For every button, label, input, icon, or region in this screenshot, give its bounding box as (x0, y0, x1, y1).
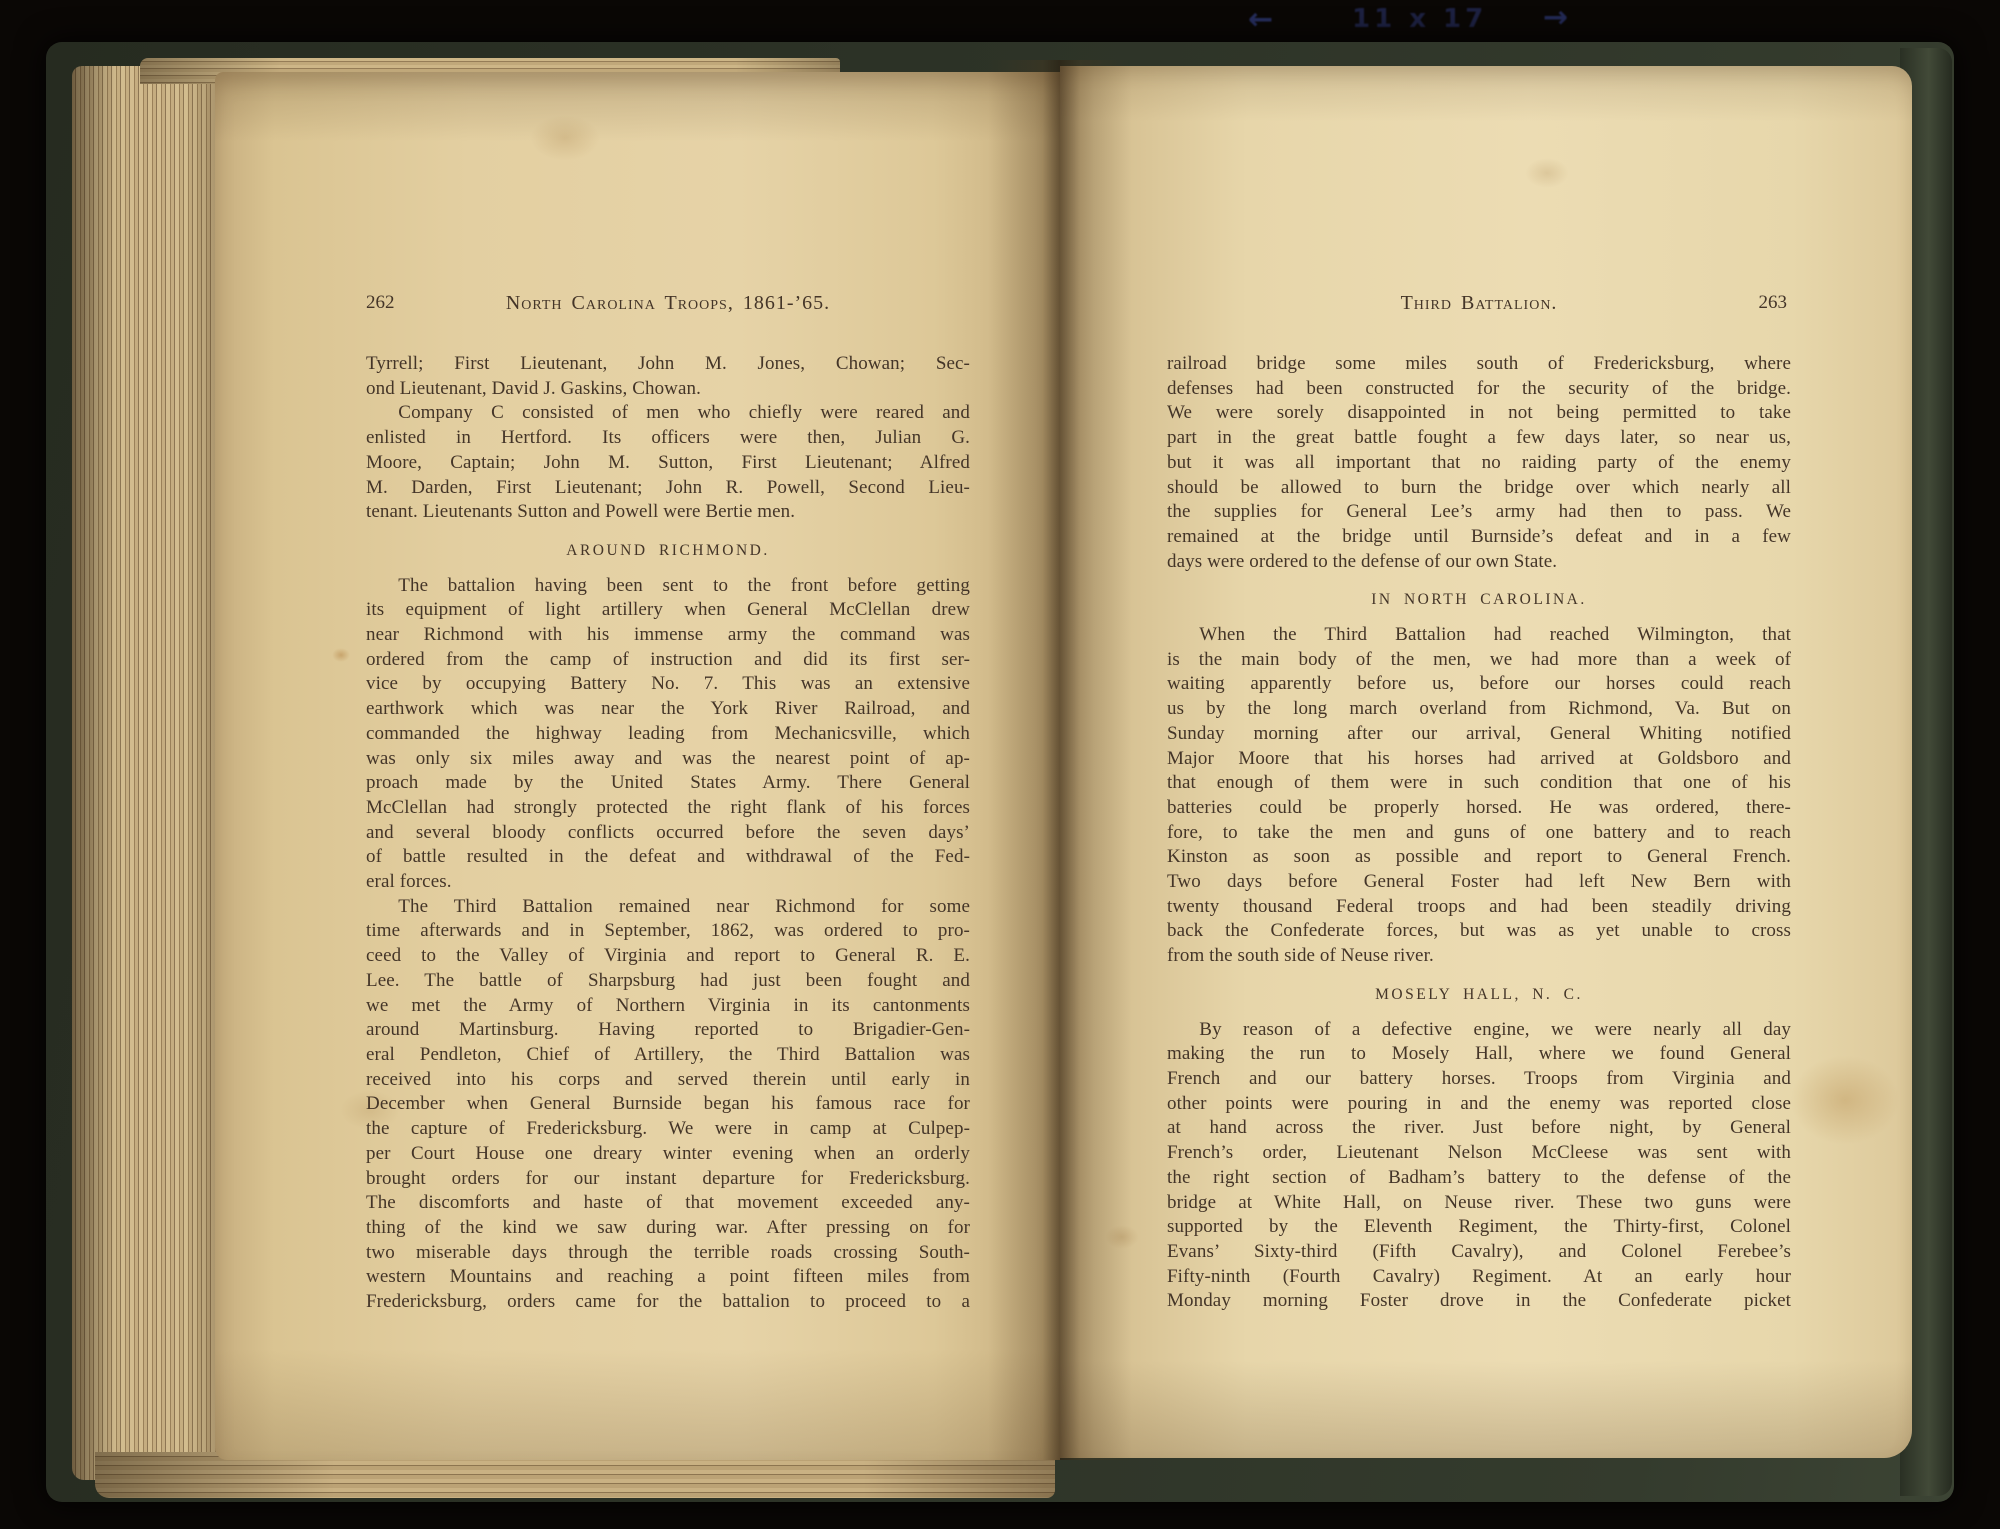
text-line: Two days before General Foster had left … (1167, 870, 1791, 895)
right-arrow-icon: → (1543, 0, 1568, 35)
section-heading: AROUND RICHMOND. (366, 539, 970, 564)
text-line: Fredericksburg, orders came for the batt… (366, 1290, 970, 1315)
text-line: Moore, Captain; John M. Sutton, First Li… (366, 451, 970, 476)
text-line: French’s order, Lieutenant Nelson McClee… (1167, 1141, 1791, 1166)
text-line: time afterwards and in September, 1862, … (366, 919, 970, 944)
text-line: waiting apparently before us, before our… (1167, 672, 1791, 697)
section-heading: IN NORTH CAROLINA. (1167, 588, 1791, 613)
section-heading: MOSELY HALL, N. C. (1167, 983, 1791, 1008)
text-line: part in the great battle fought a few da… (1167, 426, 1791, 451)
text-line: eral forces. (366, 870, 970, 895)
right-page-body: railroad bridge some miles south of Fred… (1167, 352, 1791, 1314)
text-line: vice by occupying Battery No. 7. This wa… (366, 672, 970, 697)
text-line: remained at the bridge until Burnside’s … (1167, 525, 1791, 550)
text-line: its equipment of light artillery when Ge… (366, 598, 970, 623)
text-line: at hand across the river. Just before ni… (1167, 1116, 1791, 1141)
text-line: Fifty-ninth (Fourth Cavalry) Regiment. A… (1167, 1265, 1791, 1290)
text-line: making the run to Mosely Hall, where we … (1167, 1042, 1791, 1067)
text-line: was only six miles away and was the near… (366, 747, 970, 772)
text-line: French and our battery horses. Troops fr… (1167, 1067, 1791, 1092)
text-line: proach made by the United States Army. T… (366, 771, 970, 796)
text-line: that enough of them were in such conditi… (1167, 771, 1791, 796)
running-title: Third Battalion. (1167, 292, 1791, 315)
text-line: ond Lieutenant, David J. Gaskins, Chowan… (366, 377, 970, 402)
text-line: Sunday morning after our arrival, Genera… (1167, 722, 1791, 747)
text-line: near Richmond with his immense army the … (366, 623, 970, 648)
book-gutter (988, 60, 1132, 1460)
text-line: Lee. The battle of Sharpsburg had just b… (366, 969, 970, 994)
scan-size-label: 11 x 17 (1352, 4, 1487, 34)
text-line: brought orders for our instant departure… (366, 1167, 970, 1192)
text-line: tenant. Lieutenants Sutton and Powell we… (366, 500, 970, 525)
running-title: North Carolina Troops, 1861-’65. (366, 292, 970, 315)
text-line: should be allowed to burn the bridge ove… (1167, 476, 1791, 501)
text-line: of battle resulted in the defeat and wit… (366, 845, 970, 870)
text-line: McClellan had strongly protected the rig… (366, 796, 970, 821)
left-arrow-icon: ← (1248, 2, 1273, 37)
text-line: The battalion having been sent to the fr… (366, 574, 970, 599)
text-line: The discomforts and haste of that moveme… (366, 1191, 970, 1216)
text-line: The Third Battalion remained near Richmo… (366, 895, 970, 920)
text-line: Kinston as soon as possible and report t… (1167, 845, 1791, 870)
left-page-header: 262 North Carolina Troops, 1861-’65. (366, 292, 970, 326)
text-line: enlisted in Hertford. Its officers were … (366, 426, 970, 451)
text-line: the supplies for General Lee’s army had … (1167, 500, 1791, 525)
text-line: Evans’ Sixty-third (Fifth Cavalry), and … (1167, 1240, 1791, 1265)
text-line: Tyrrell; First Lieutenant, John M. Jones… (366, 352, 970, 377)
text-line: supported by the Eleventh Regiment, the … (1167, 1215, 1791, 1240)
text-line: twenty thousand Federal troops and had b… (1167, 895, 1791, 920)
text-line: two miserable days through the terrible … (366, 1241, 970, 1266)
text-line: By reason of a defective engine, we were… (1167, 1018, 1791, 1043)
text-line: M. Darden, First Lieutenant; John R. Pow… (366, 476, 970, 501)
text-line: railroad bridge some miles south of Fred… (1167, 352, 1791, 377)
text-line: back the Confederate forces, but was as … (1167, 919, 1791, 944)
text-line: earthwork which was near the York River … (366, 697, 970, 722)
text-line: other points were pouring in and the ene… (1167, 1092, 1791, 1117)
page-edge-stack-left (72, 66, 224, 1480)
text-line: fore, to take the men and guns of one ba… (1167, 821, 1791, 846)
text-line: western Mountains and reaching a point f… (366, 1265, 970, 1290)
page-number: 263 (1759, 292, 1788, 314)
text-line: When the Third Battalion had reached Wil… (1167, 623, 1791, 648)
text-line: We were sorely disappointed in not being… (1167, 401, 1791, 426)
text-line: the right section of Badham’s battery to… (1167, 1166, 1791, 1191)
text-line: ordered from the camp of instruction and… (366, 648, 970, 673)
text-line: eral Pendleton, Chief of Artillery, the … (366, 1043, 970, 1068)
text-line: bridge at White Hall, on Neuse river. Th… (1167, 1191, 1791, 1216)
text-line: is the main body of the men, we had more… (1167, 648, 1791, 673)
text-line: Monday morning Foster drove in the Confe… (1167, 1289, 1791, 1314)
text-line: batteries could be properly horsed. He w… (1167, 796, 1791, 821)
text-line: days were ordered to the defense of our … (1167, 550, 1791, 575)
text-line: but it was all important that no raiding… (1167, 451, 1791, 476)
left-page-text: 262 North Carolina Troops, 1861-’65. Tyr… (366, 292, 970, 1315)
text-line: December when General Burnside began his… (366, 1092, 970, 1117)
text-line: and several bloody conflicts occurred be… (366, 821, 970, 846)
text-line: thing of the kind we saw during war. Aft… (366, 1216, 970, 1241)
right-page-text: Third Battalion. 263 railroad bridge som… (1167, 292, 1791, 1314)
page-number: 262 (366, 292, 395, 314)
text-line: we met the Army of Northern Virginia in … (366, 994, 970, 1019)
book-scan-screenshot: ← 11 x 17 → 262 North Carolina Troops, 1… (0, 0, 2000, 1529)
text-line: us by the long march overland from Richm… (1167, 697, 1791, 722)
text-line: received into his corps and served there… (366, 1068, 970, 1093)
text-line: defenses had been constructed for the se… (1167, 377, 1791, 402)
text-line: Company C consisted of men who chiefly w… (366, 401, 970, 426)
text-line: from the south side of Neuse river. (1167, 944, 1791, 969)
text-line: around Martinsburg. Having reported to B… (366, 1018, 970, 1043)
text-line: the capture of Fredericksburg. We were i… (366, 1117, 970, 1142)
left-page-body: Tyrrell; First Lieutenant, John M. Jones… (366, 352, 970, 1315)
text-line: commanded the highway leading from Mecha… (366, 722, 970, 747)
text-line: ceed to the Valley of Virginia and repor… (366, 944, 970, 969)
right-page-header: Third Battalion. 263 (1167, 292, 1791, 326)
text-line: Major Moore that his horses had arrived … (1167, 747, 1791, 772)
text-line: per Court House one dreary winter evenin… (366, 1142, 970, 1167)
